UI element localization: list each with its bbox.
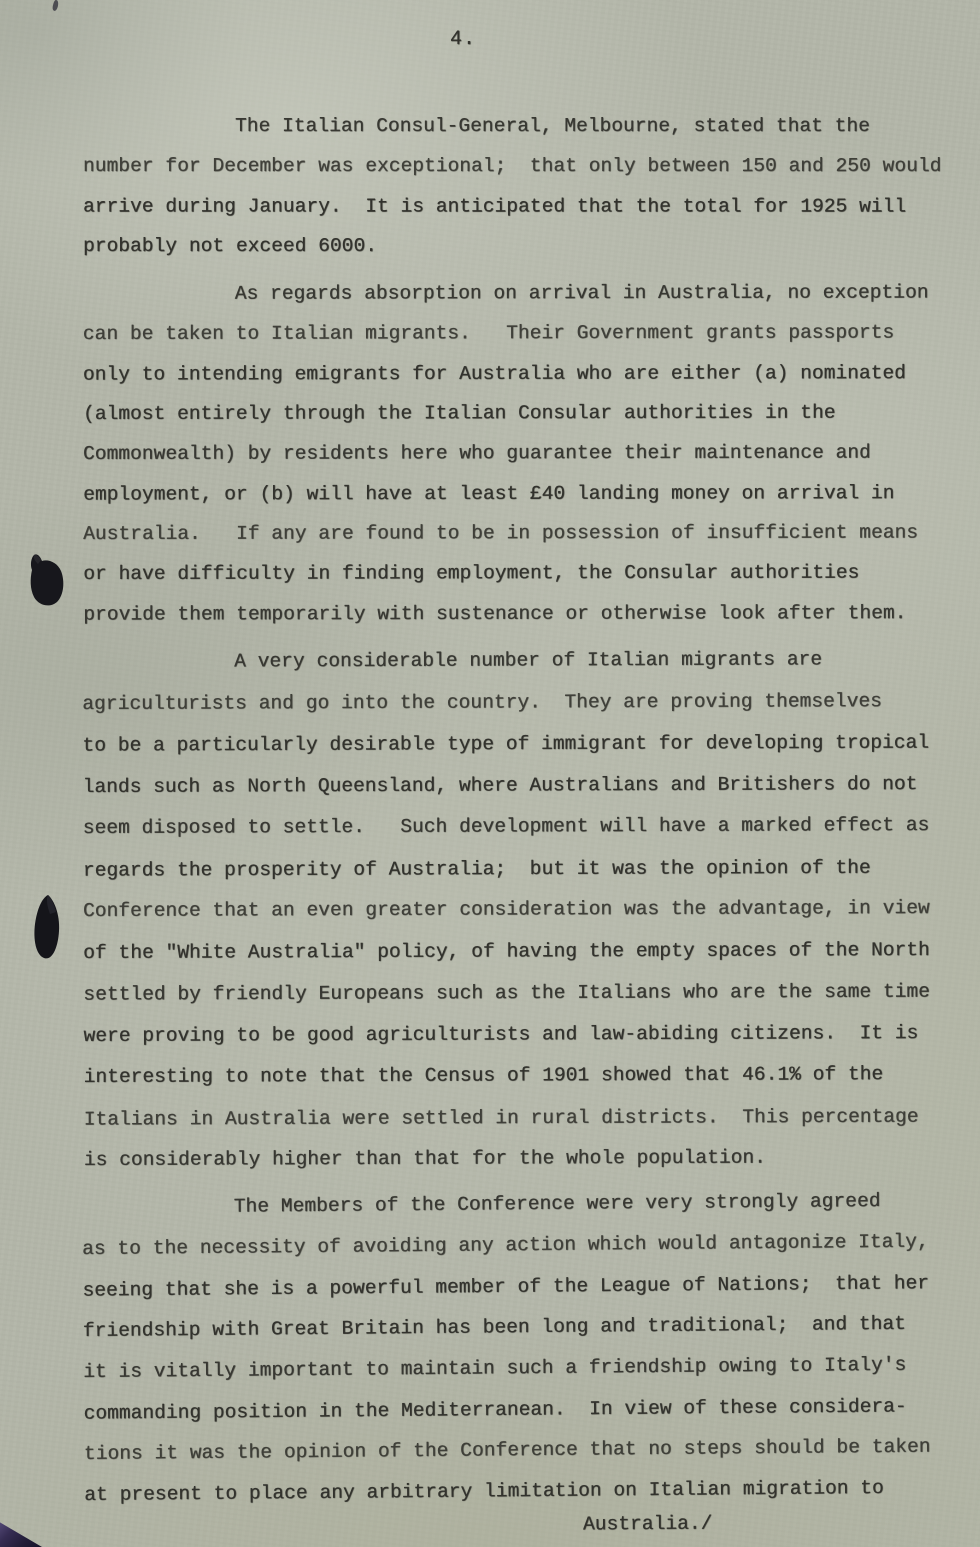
- text-line: lands such as North Queensland, where Au…: [82, 764, 940, 808]
- text-line: The Members of the Conference were very …: [82, 1180, 941, 1228]
- paper-speck-icon: [52, 0, 60, 11]
- text-line: number for December was exceptional; tha…: [83, 146, 941, 186]
- text-line: of the "White Australia" policy, of havi…: [83, 930, 941, 974]
- text-line: Conference that an even greater consider…: [83, 888, 941, 932]
- paragraph: The Italian Consul-General, Melbourne, s…: [83, 106, 941, 266]
- text-line: Commonwealth) by residents here who guar…: [83, 433, 941, 474]
- text-line: can be taken to Italian migrants. Their …: [83, 313, 941, 354]
- text-line: agriculturists and go into the country. …: [82, 681, 940, 725]
- page-number: 4.: [0, 28, 953, 51]
- text-line: As regards absorption on arrival in Aust…: [83, 273, 941, 314]
- text-line: only to intending emigrants for Australi…: [83, 353, 941, 394]
- text-line: interesting to note that the Census of 1…: [84, 1054, 942, 1098]
- text-line: Australia. If any are found to be in pos…: [83, 513, 941, 554]
- text-line: A very considerable number of Italian mi…: [82, 639, 940, 683]
- text-line: employment, or (b) will have at least £4…: [83, 473, 941, 514]
- paragraph: The Members of the Conference were very …: [82, 1180, 943, 1515]
- paragraph: As regards absorption on arrival in Aust…: [83, 273, 942, 634]
- text-line: seeing that she is a powerful member of …: [82, 1263, 941, 1311]
- text-line: to be a particularly desirable type of i…: [82, 723, 940, 767]
- text-line: or have difficulty in finding employment…: [83, 553, 941, 594]
- text-line: Italians in Australia were settled in ru…: [84, 1096, 942, 1140]
- text-line: seem disposed to settle. Such developmen…: [83, 805, 941, 849]
- text-line: regards the prosperity of Australia; but…: [83, 847, 941, 891]
- text-line: it is vitally important to maintain such…: [83, 1344, 942, 1392]
- text-line: were proving to be good agriculturists a…: [83, 1013, 941, 1057]
- text-line: (almost entirely through the Italian Con…: [83, 393, 941, 434]
- document-body: The Italian Consul-General, Melbourne, s…: [83, 106, 941, 1547]
- ink-blot-lower-icon: [32, 894, 66, 966]
- text-line: probably not exceed 6000.: [83, 226, 941, 266]
- paragraph: A very considerable number of Italian mi…: [82, 639, 942, 1181]
- text-line: is considerably higher than that for the…: [84, 1137, 942, 1181]
- text-line: as to the necessity of avoiding any acti…: [82, 1221, 941, 1269]
- text-line: settled by friendly Europeans such as th…: [83, 972, 941, 1016]
- text-line: tions it was the opinion of the Conferen…: [84, 1426, 943, 1474]
- text-line: provide them temporarily with sustenance…: [83, 593, 941, 634]
- catchword: Australia./: [83, 1502, 942, 1547]
- corner-fragment-icon: [0, 1517, 42, 1547]
- ink-blot-upper-icon: [26, 552, 74, 614]
- text-line: The Italian Consul-General, Melbourne, s…: [83, 106, 941, 146]
- text-line: arrive during January. It is anticipated…: [83, 187, 941, 227]
